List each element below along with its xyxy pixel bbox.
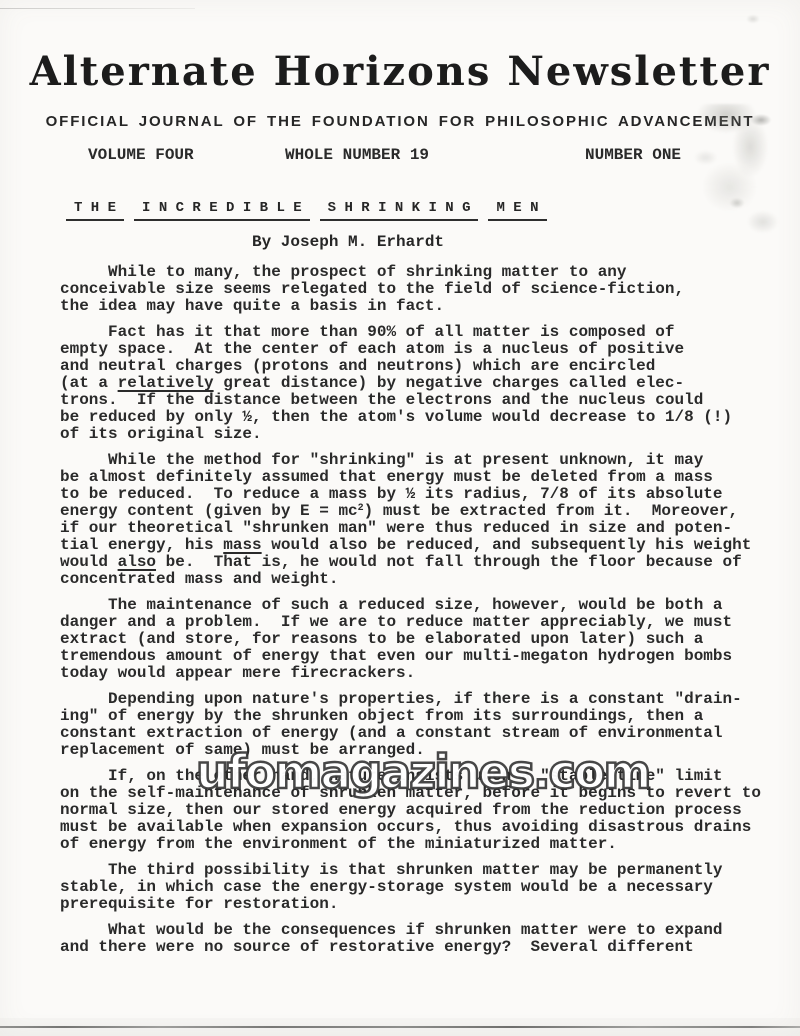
- title-word: S H R I N K I N G: [320, 200, 479, 221]
- whole-number-label: WHOLE NUMBER 19: [285, 146, 429, 164]
- article-title: T H EI N C R E D I B L ES H R I N K I N …: [66, 200, 786, 221]
- issue-number-label: NUMBER ONE: [585, 146, 681, 164]
- title-word: T H E: [66, 200, 124, 221]
- paper-bottom-edge: [0, 1026, 800, 1028]
- article-body: While to many, the prospect of shrinking…: [60, 264, 800, 965]
- masthead-subtitle: OFFICIAL JOURNAL OF THE FOUNDATION FOR P…: [0, 113, 800, 130]
- issue-info-row: VOLUME FOUR WHOLE NUMBER 19 NUMBER ONE: [0, 146, 800, 166]
- paragraph: The maintenance of such a reduced size, …: [60, 597, 800, 682]
- paragraph: The third possibility is that shrunken m…: [60, 862, 800, 913]
- watermark: ufomagazines.com: [196, 744, 649, 800]
- paper-stain-speck: [744, 110, 778, 130]
- title-word: M E N: [488, 200, 546, 221]
- article-byline: By Joseph M. Erhardt: [252, 233, 444, 251]
- paragraph: Fact has it that more than 90% of all ma…: [60, 324, 800, 443]
- paper-stain-speck: [742, 12, 764, 26]
- newsletter-page: Alternate Horizons Newsletter OFFICIAL J…: [0, 0, 800, 1036]
- scan-top-edge: [0, 8, 195, 9]
- paragraph: What would be the consequences if shrunk…: [60, 922, 800, 956]
- masthead-title: Alternate Horizons Newsletter: [0, 46, 800, 98]
- paragraph: While to many, the prospect of shrinking…: [60, 264, 800, 315]
- paragraph: While the method for "shrinking" is at p…: [60, 452, 800, 588]
- paper-stain-speck: [724, 194, 750, 212]
- paper-stain-large: [690, 104, 794, 238]
- title-word: I N C R E D I B L E: [134, 200, 310, 221]
- volume-label: VOLUME FOUR: [88, 146, 194, 164]
